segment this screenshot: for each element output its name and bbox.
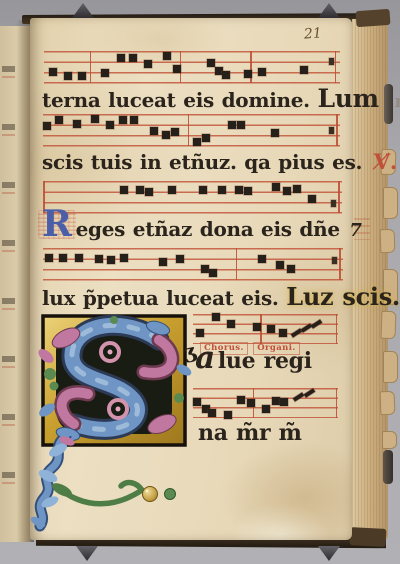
- neume-note: [55, 116, 63, 124]
- gold-bezant-highlight: [146, 490, 148, 492]
- stave-barline: [236, 248, 238, 280]
- neume-note: [258, 68, 266, 76]
- parchment-tab: [383, 187, 398, 219]
- blue-versal-initial: R: [42, 203, 72, 245]
- parchment-tab: [383, 351, 398, 383]
- neume-note: [271, 129, 279, 137]
- chant-text: eges etñaz dona eis dñe: [76, 217, 340, 241]
- versicle-mark: V̸.: [374, 149, 397, 174]
- neume-note: [64, 72, 72, 80]
- neume-note: [129, 54, 137, 62]
- neume-note: [303, 388, 314, 397]
- parchment-tab: [380, 391, 396, 416]
- stave-barline: [90, 51, 92, 83]
- chant-text: terna luceat eis domine.: [42, 88, 310, 112]
- neume-note: [193, 398, 201, 406]
- cover-corner: [350, 527, 387, 547]
- neume-note: [120, 254, 128, 262]
- clasp-remnant: [383, 450, 393, 484]
- neume-note: [117, 54, 125, 62]
- neume-note: [130, 116, 138, 124]
- neume-note: [145, 188, 153, 196]
- chant-text: na m̃r m̃: [198, 420, 302, 446]
- neume-note: [49, 68, 57, 76]
- neume-note: [247, 399, 255, 407]
- neume-note: [244, 70, 252, 78]
- neume-note: [235, 186, 243, 194]
- neume-note: [168, 186, 176, 194]
- neume-note: [73, 120, 81, 128]
- neume-note: [208, 409, 216, 417]
- music-stave: [43, 114, 340, 147]
- stave-barline: [336, 114, 338, 146]
- neume-note: [300, 66, 308, 74]
- neume-note: [212, 313, 220, 321]
- neume-note: [244, 187, 252, 195]
- neume-note: [218, 186, 226, 194]
- neume-note: [202, 134, 210, 142]
- neume-note: [262, 405, 270, 413]
- parchment-tab: [382, 431, 397, 449]
- stave-barline: [336, 314, 338, 344]
- custos-mark: [329, 58, 334, 65]
- chant-text-line: Reges etñaz dona eis dñe 7: [42, 211, 362, 241]
- stave-barline: [338, 181, 340, 213]
- neume-note: [162, 131, 170, 139]
- neume-note: [287, 265, 295, 273]
- music-stave: [44, 51, 340, 84]
- neume-note: [308, 195, 316, 203]
- custos-mark: [332, 257, 337, 264]
- neume-note: [272, 183, 280, 191]
- metal-boss-icon: [76, 546, 98, 561]
- neume-note: [78, 72, 86, 80]
- parchment-tab: [380, 229, 396, 254]
- neume-note: [136, 186, 144, 194]
- custos-mark: [329, 127, 334, 134]
- neume-note: [159, 258, 167, 266]
- neume-note: [150, 127, 158, 135]
- chant-text: lux p̃petua luceat eis.: [42, 286, 279, 310]
- text-fragments: [2, 42, 15, 488]
- metal-boss-icon: [318, 3, 340, 18]
- music-stave: [193, 388, 338, 419]
- neume-note: [311, 319, 322, 328]
- neume-note: [279, 329, 287, 337]
- neume-note: [176, 255, 184, 263]
- neume-note: [196, 329, 204, 337]
- neume-note: [106, 121, 114, 129]
- neume-note: [280, 398, 288, 406]
- custos-mark: [331, 200, 336, 207]
- neume-note: [193, 138, 201, 146]
- neume-note: [276, 261, 284, 269]
- neume-note: [222, 71, 230, 79]
- versal-letterword: Luz scis.: [286, 282, 400, 311]
- neume-note: [43, 122, 51, 130]
- music-stave: [43, 248, 343, 281]
- chant-text: scis tuis in etñuz. qa pius es.: [42, 150, 362, 174]
- neume-note: [199, 186, 207, 194]
- filigree-panel: R: [42, 211, 72, 241]
- neume-note: [119, 116, 127, 124]
- manuscript-page: 21 terna luceat eis domine. Lum m scis t…: [30, 18, 352, 540]
- blue-acanthus-cascade: [29, 436, 76, 529]
- green-vine: [50, 480, 142, 503]
- stave-barline: [188, 114, 190, 146]
- neume-note: [120, 186, 128, 194]
- gold-bezant: [143, 487, 158, 502]
- chant-text: lue regi: [218, 348, 312, 374]
- music-stave: [43, 181, 342, 214]
- neume-note: [91, 115, 99, 123]
- stave-barline: [250, 51, 252, 83]
- neume-note: [45, 254, 53, 262]
- folio-number: 21: [303, 25, 322, 42]
- stave-barline: [335, 51, 337, 83]
- neume-note: [237, 121, 245, 129]
- chant-text-line: scis tuis in etñuz. qa pius es. V̸.: [42, 149, 397, 174]
- neume-note: [283, 187, 291, 195]
- cadel-letter: a: [195, 340, 215, 376]
- neume-note: [253, 323, 261, 331]
- neume-note: [107, 256, 115, 264]
- neume-note: [293, 185, 301, 193]
- stave-barline: [339, 248, 341, 280]
- stave-barline: [336, 388, 338, 418]
- chant-text-line: ʒalue regi: [186, 348, 312, 374]
- neume-note: [227, 320, 235, 328]
- green-dot: [165, 489, 176, 500]
- neume-note: [59, 254, 67, 262]
- neume-note: [95, 255, 103, 263]
- neume-note: [237, 396, 245, 404]
- versal-letterword: Lum: [318, 84, 379, 113]
- offset-ghost-text: m: [394, 91, 400, 112]
- neume-note: [290, 328, 301, 337]
- neume-note: [171, 128, 179, 136]
- illuminated-initial-s: S: [38, 312, 192, 452]
- neume-note: [209, 269, 217, 277]
- neume-note: [144, 60, 152, 68]
- metal-boss-icon: [318, 546, 340, 561]
- foliate-tail-flourish: [20, 436, 192, 538]
- neume-note: [101, 69, 109, 77]
- chant-text-line: terna luceat eis domine. Lum m: [42, 84, 400, 113]
- neume-note: [267, 325, 275, 333]
- neume-note: [272, 397, 280, 405]
- line-filler-mark: 7: [349, 220, 361, 241]
- neume-note: [224, 411, 232, 419]
- neume-note: [75, 254, 83, 262]
- neume-note: [173, 65, 181, 73]
- cover-corner: [355, 9, 390, 27]
- neume-note: [163, 52, 171, 60]
- manuscript-photograph: 21 terna luceat eis domine. Lum m scis t…: [0, 0, 400, 564]
- metal-boss-icon: [72, 3, 94, 18]
- chant-text-line: lux p̃petua luceat eis. Luz scis.: [42, 282, 400, 311]
- neume-note: [258, 255, 266, 263]
- neume-note: [228, 121, 236, 129]
- parchment-tab: [381, 311, 397, 340]
